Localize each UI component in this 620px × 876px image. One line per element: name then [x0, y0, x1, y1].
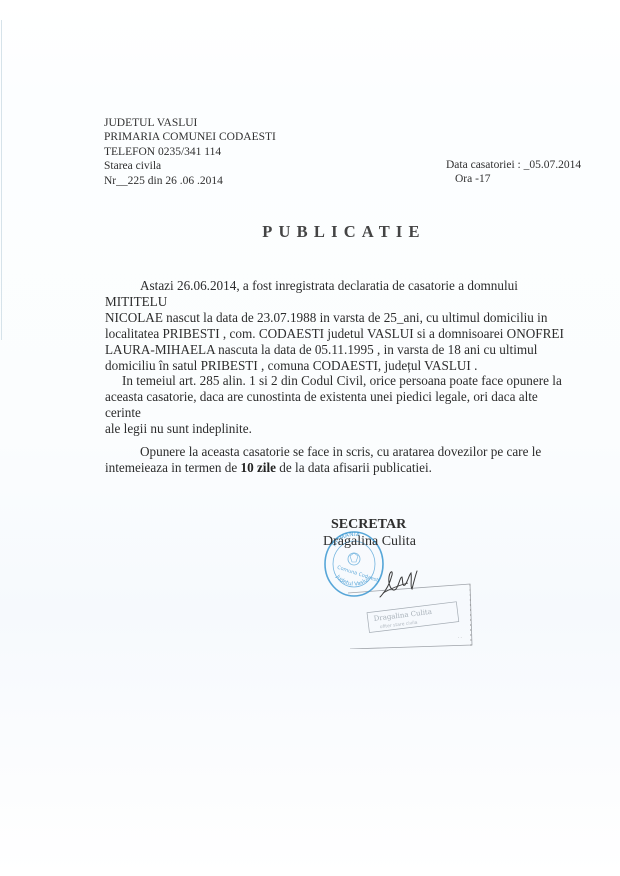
town-hall-line: PRIMARIA COMUNEI CODAESTI: [104, 130, 276, 144]
svg-text:Dragalina Culita: Dragalina Culita: [373, 608, 432, 623]
signatory-title: SECRETAR: [331, 517, 406, 533]
phone-line: TELEFON 0235/341 114: [104, 145, 276, 159]
deadline-emphasis: 10 zile: [240, 460, 276, 475]
county-line: JUDETUL VASLUI: [104, 116, 276, 130]
signature-block: SECRETAR Dragalina Culita ROMANIA Comuna…: [300, 517, 500, 647]
document-title: PUBLICATIE: [0, 222, 620, 242]
marriage-date-header: Data casatoriei : _05.07.2014 Ora -17: [446, 158, 581, 187]
document-page: JUDETUL VASLUI PRIMARIA COMUNEI CODAESTI…: [0, 0, 620, 876]
handwritten-signature-icon: [378, 565, 418, 601]
paragraph-legal-basis: In temeiul art. 285 alin. 1 si 2 din Cod…: [105, 373, 575, 437]
signatory-name: Dragalina Culita: [323, 534, 416, 550]
department-line: Starea civila: [104, 159, 276, 173]
svg-text:· ·: · ·: [458, 635, 462, 640]
paragraph-opposition: Opunere la aceasta casatorie se face in …: [105, 444, 575, 476]
scan-edge: [1, 20, 2, 340]
issuer-header: JUDETUL VASLUI PRIMARIA COMUNEI CODAESTI…: [104, 116, 276, 188]
marriage-date: Data casatoriei : _05.07.2014: [446, 158, 581, 172]
marriage-time: Ora -17: [446, 172, 581, 186]
registration-number-line: Nr__225 din 26 .06 .2014: [104, 174, 276, 188]
paragraph-declaration: Astazi 26.06.2014, a fost inregistrata d…: [105, 278, 575, 373]
document-body: Astazi 26.06.2014, a fost inregistrata d…: [105, 278, 575, 476]
